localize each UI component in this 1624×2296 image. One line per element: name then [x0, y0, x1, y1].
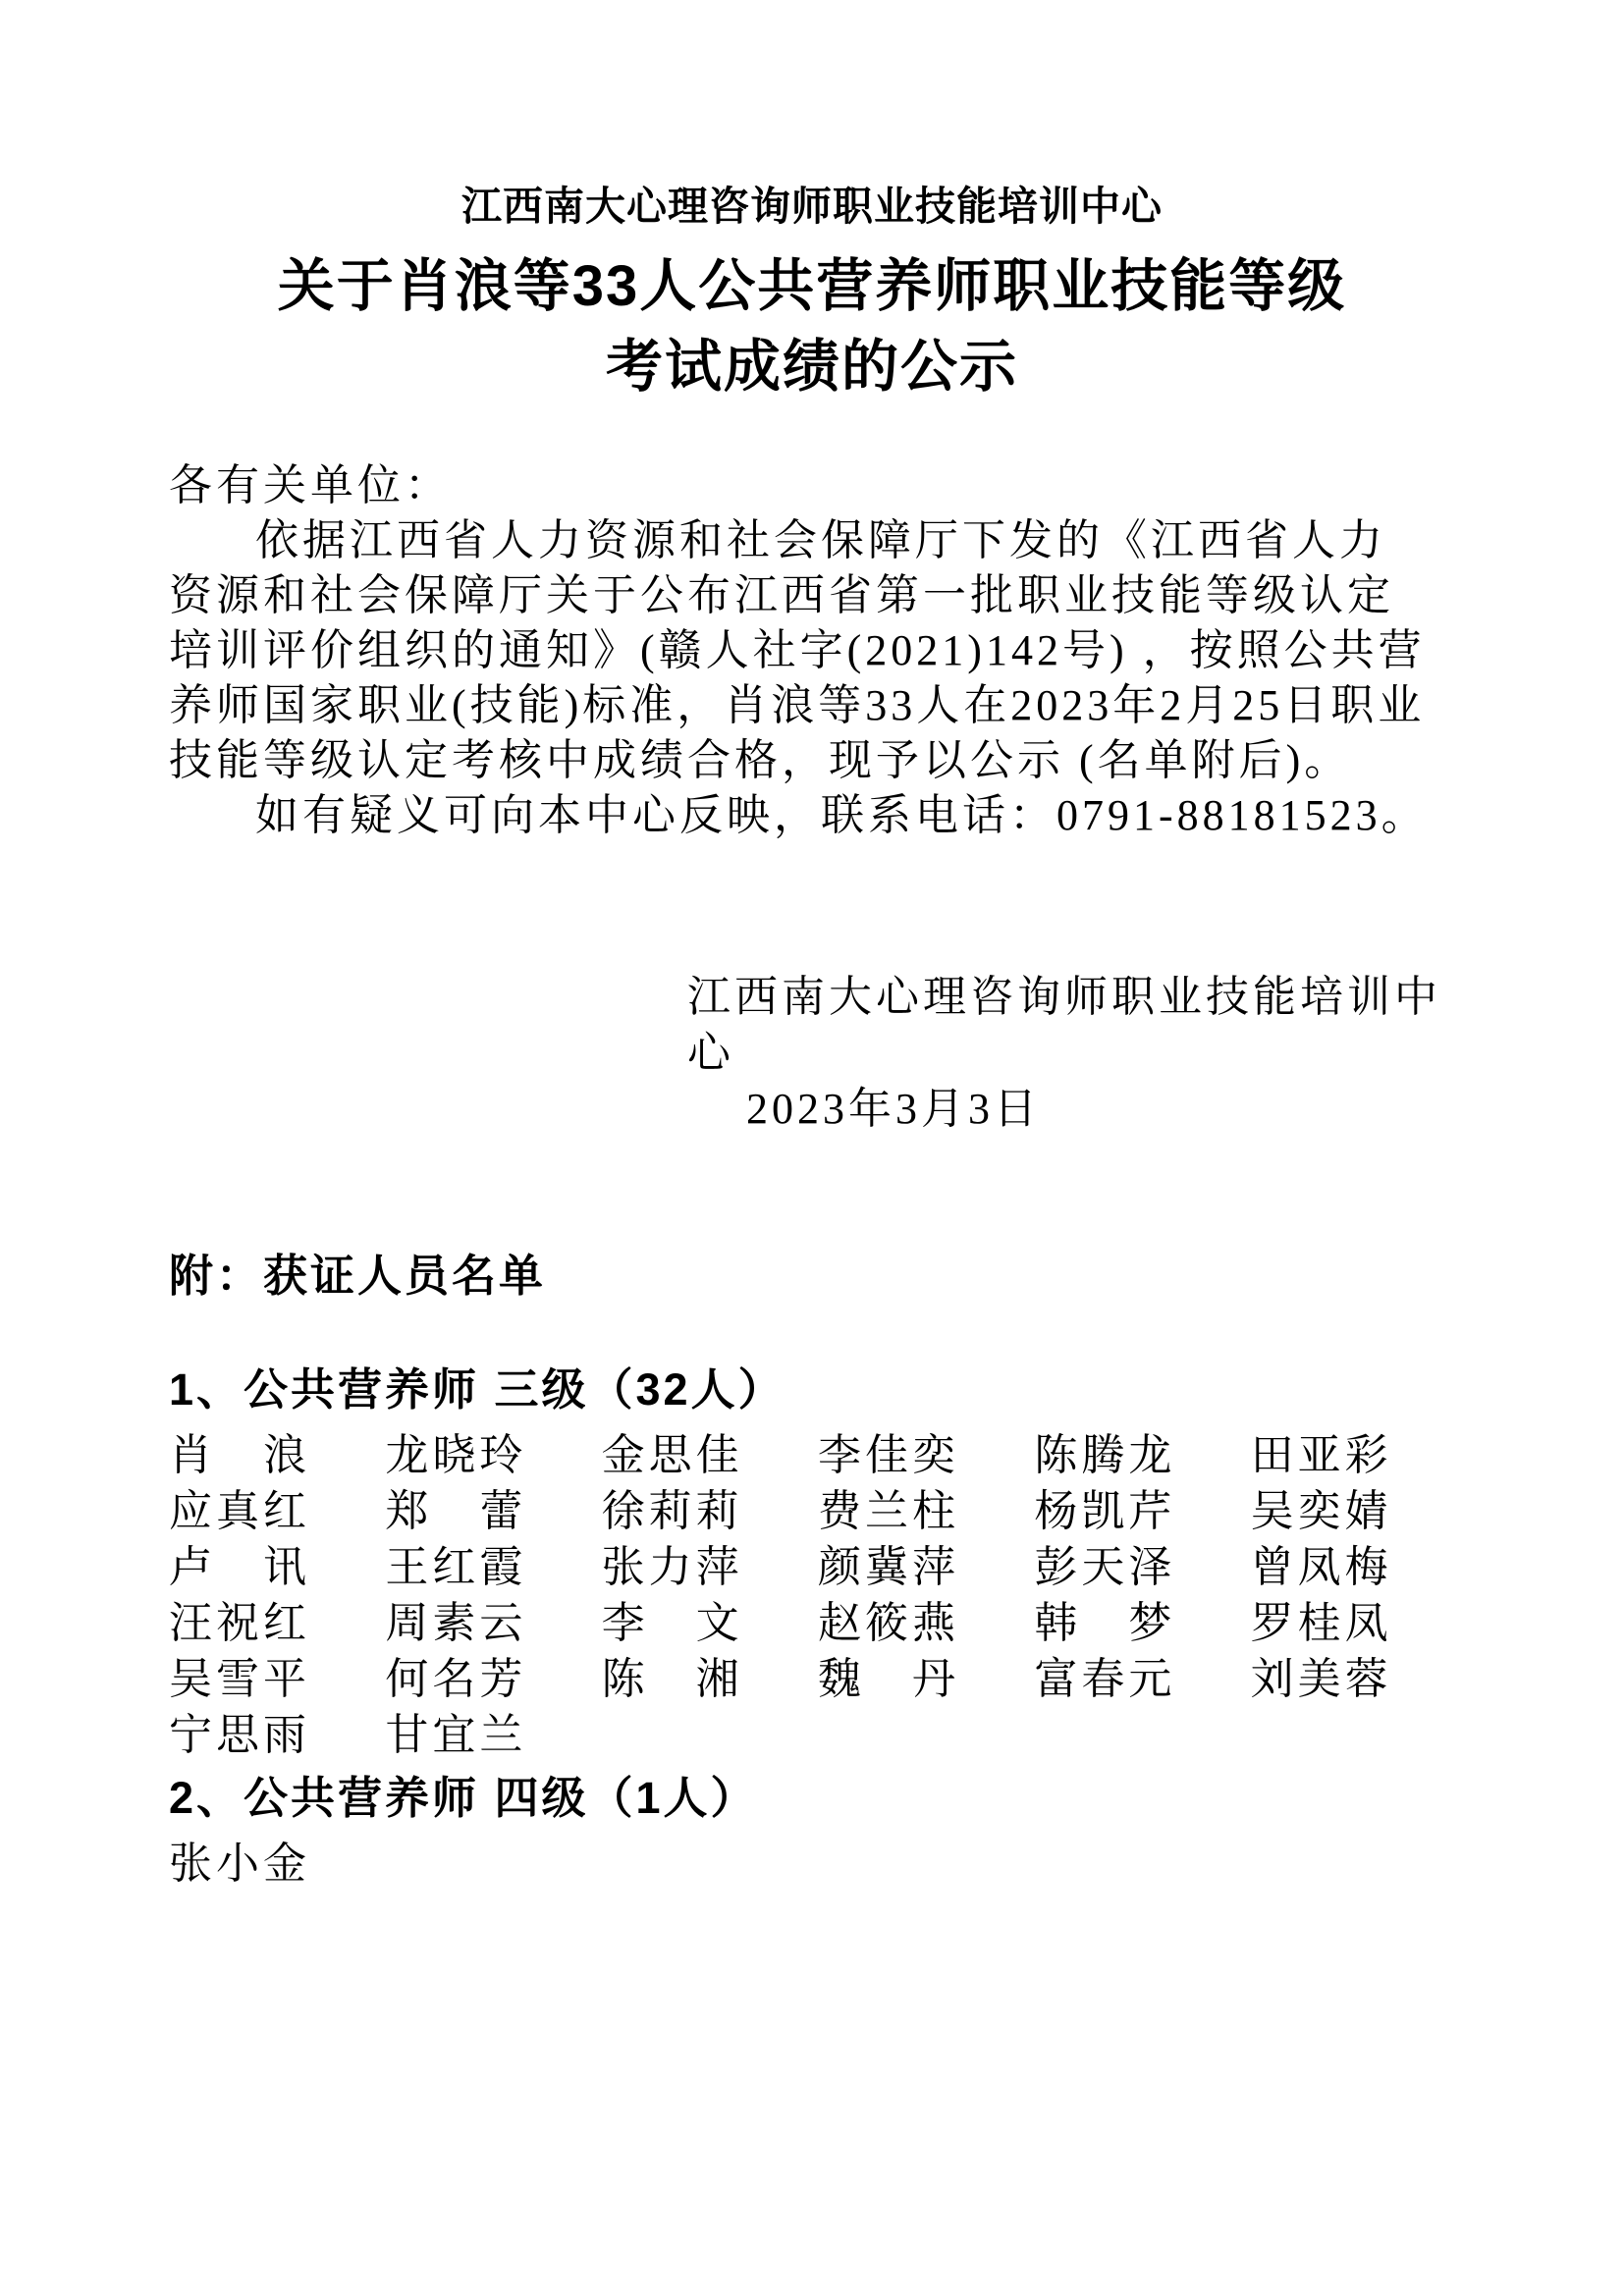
person-name: 罗桂凤: [1251, 1595, 1467, 1651]
attachment-section-level4: 2、公共营养师 四级（1人） 张小金: [169, 1769, 1467, 1892]
person-name: 张力萍: [602, 1539, 818, 1595]
person-name: 陈 湘: [602, 1651, 818, 1707]
person-name: 吴雪平: [169, 1651, 385, 1707]
attachment-heading: 附：获证人员名单: [169, 1247, 1467, 1306]
person-name: 李 文: [602, 1595, 818, 1651]
attachment: 附：获证人员名单 1、公共营养师 三级（32人） 肖 浪龙晓玲金思佳李佳奕陈腾龙…: [169, 1247, 1467, 1892]
signature-date: 2023年3月3日: [746, 1081, 1041, 1137]
salutation: 各有关单位：: [169, 458, 1467, 513]
person-name: 何名芳: [385, 1651, 601, 1707]
names-grid-level3: 肖 浪龙晓玲金思佳李佳奕陈腾龙田亚彩应真红郑 蕾徐莉莉费兰柱杨凯芹吴奕婧卢 讯王…: [169, 1427, 1467, 1763]
header-org: 江西南大心理咨询师职业技能培训中心: [0, 0, 1624, 231]
person-name: 陈腾龙: [1034, 1427, 1250, 1483]
person-name: 费兰柱: [818, 1483, 1034, 1539]
person-name: 颜冀萍: [818, 1539, 1034, 1595]
person-name: 卢 讯: [169, 1539, 385, 1595]
person-name: 富春元: [1034, 1651, 1250, 1707]
person-name: 魏 丹: [818, 1651, 1034, 1707]
person-name: 李佳奕: [818, 1427, 1034, 1483]
signature-org: 江西南大心理咨询师职业技能培训中心: [687, 969, 1467, 1081]
person-name: 汪祝红: [169, 1595, 385, 1651]
person-name: 曾凤梅: [1251, 1539, 1467, 1595]
person-name: 张小金: [169, 1836, 385, 1892]
person-name: 郑 蕾: [385, 1483, 601, 1539]
paragraph-main: 依据江西省人力资源和社会保障厅下发的《江西省人力 资源和社会保障厅关于公布江西省…: [169, 513, 1467, 788]
person-name: 应真红: [169, 1483, 385, 1539]
person-name: 宁思雨: [169, 1707, 385, 1763]
document-page: 江西南大心理咨询师职业技能培训中心 关于肖浪等33人公共营养师职业技能等级 考试…: [0, 0, 1624, 2296]
person-name: 赵筱燕: [818, 1595, 1034, 1651]
person-name: 韩 梦: [1034, 1595, 1250, 1651]
section-2-heading: 2、公共营养师 四级（1人）: [169, 1769, 1467, 1828]
person-name: 杨凯芹: [1034, 1483, 1250, 1539]
person-name: 徐莉莉: [602, 1483, 818, 1539]
title-line-2: 考试成绩的公示: [606, 335, 1018, 399]
title-line-1: 关于肖浪等33人公共营养师职业技能等级: [278, 254, 1347, 318]
section-1-heading: 1、公共营养师 三级（32人）: [169, 1361, 1467, 1419]
person-name: 刘美蓉: [1251, 1651, 1467, 1707]
names-grid-level4: 张小金: [169, 1836, 1467, 1892]
person-name: 王红霞: [385, 1539, 601, 1595]
person-name: 吴奕婧: [1251, 1483, 1467, 1539]
person-name: 龙晓玲: [385, 1427, 601, 1483]
person-name: 田亚彩: [1251, 1427, 1467, 1483]
document-title: 关于肖浪等33人公共营养师职业技能等级 考试成绩的公示: [0, 246, 1624, 407]
signature-block: 江西南大心理咨询师职业技能培训中心 2023年3月3日: [169, 969, 1467, 1137]
paragraph-contact: 如有疑义可向本中心反映，联系电话：0791-88181523。: [169, 788, 1467, 843]
person-name: 周素云: [385, 1595, 601, 1651]
person-name: 彭天泽: [1034, 1539, 1250, 1595]
person-name: 金思佳: [602, 1427, 818, 1483]
document-body: 各有关单位： 依据江西省人力资源和社会保障厅下发的《江西省人力 资源和社会保障厅…: [169, 458, 1467, 843]
attachment-section-level3: 1、公共营养师 三级（32人） 肖 浪龙晓玲金思佳李佳奕陈腾龙田亚彩应真红郑 蕾…: [169, 1361, 1467, 1763]
person-name: 甘宜兰: [385, 1707, 601, 1763]
person-name: 肖 浪: [169, 1427, 385, 1483]
